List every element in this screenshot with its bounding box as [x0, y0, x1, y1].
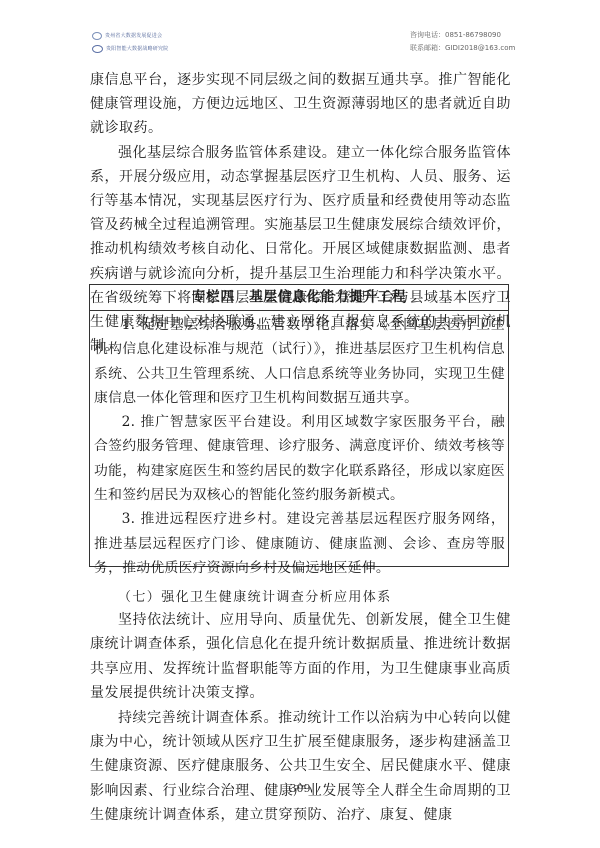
feature-item: 2. 推广智慧家医平台建设。利用区域数字家医服务平台，融合签约服务管理、健康管理… [94, 410, 505, 507]
logo-row-association: 贵州省大数据发展促进会 [92, 30, 170, 41]
phone-number: 0851-86798090 [445, 31, 501, 39]
phone-label: 咨询电话： [410, 31, 445, 39]
paragraph-statistics-system: 持续完善统计调查体系。推动统计工作以治病为中心转向以健康为中心，统计领域从医疗卫… [90, 706, 511, 828]
org-logo-circle-icon [92, 32, 102, 40]
page-number: 309 [0, 782, 600, 795]
feature-item: 1. 促进基层综合服务监管数字化。落实《全国基层医疗卫生机构信息化建设标准与规范… [94, 313, 505, 410]
feature-box-title: 专栏四 基层信息化能力提升工程 [90, 285, 508, 311]
logo-row-institute: 贵阳智能大数据战略研究院 [92, 43, 170, 54]
contact-phone: 咨询电话：0851-86798090 [410, 29, 515, 42]
feature-item: 3. 推进远程医疗进乡村。建设完善基层远程医疗服务网络，推进基层远程医疗门诊、健… [94, 507, 505, 580]
logo-text-institute: 贵阳智能大数据战略研究院 [106, 45, 168, 52]
feature-box: 专栏四 基层信息化能力提升工程 1. 促进基层综合服务监管数字化。落实《全国基层… [89, 284, 509, 567]
gd-logo-icon [92, 45, 103, 53]
paragraph-statistics-intro: 坚持依法统计、应用导向、质量优先、创新发展，健全卫生健康统计调查体系，强化信息化… [90, 608, 511, 706]
email-label: 联系邮箱： [410, 44, 445, 52]
email-address: GIDI2018@163.com [445, 44, 515, 52]
section-heading: （七）强化卫生健康统计调查分析应用体系 [118, 586, 392, 605]
header-logo: 贵州省大数据发展促进会 贵阳智能大数据战略研究院 [92, 30, 170, 56]
feature-box-body: 1. 促进基层综合服务监管数字化。落实《全国基层医疗卫生机构信息化建设标准与规范… [90, 311, 508, 580]
logo-text-association: 贵州省大数据发展促进会 [105, 32, 162, 39]
contact-email: 联系邮箱：GIDI2018@163.com [410, 42, 515, 55]
paragraph-continued: 康信息平台，逐步实现不同层级之间的数据互通共享。推广智能化健康管理设施，方便边远… [90, 68, 511, 141]
header-contact: 咨询电话：0851-86798090 联系邮箱：GIDI2018@163.com [410, 29, 515, 55]
